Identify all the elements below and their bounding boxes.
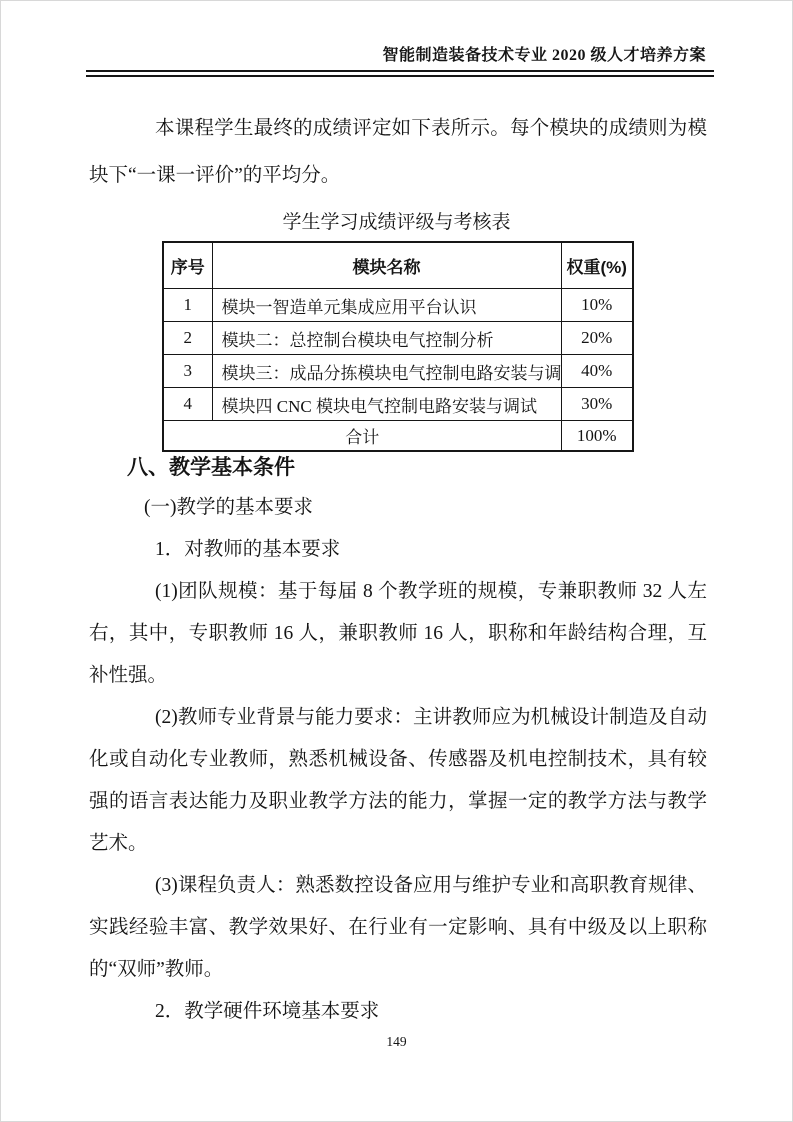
total-label: 合计 [163, 421, 561, 452]
numbered-item-2: 2．教学硬件环境基本要求 [89, 991, 707, 1033]
document-page: 智能制造装备技术专业 2020 级人才培养方案 本课程学生最终的成绩评定如下表所… [0, 0, 793, 1122]
cell-module: 模块四 CNC 模块电气控制电路安装与调试 [212, 388, 561, 421]
subsection-title: (一)教学的基本要求 [89, 487, 707, 529]
cell-seq: 2 [163, 322, 212, 355]
cell-seq: 4 [163, 388, 212, 421]
table-row: 2 模块二：总控制台模块电气控制分析 20% [163, 322, 633, 355]
cell-seq: 3 [163, 355, 212, 388]
cell-seq: 1 [163, 289, 212, 322]
running-head: 智能制造装备技术专业 2020 级人才培养方案 [382, 42, 706, 65]
cell-weight: 20% [561, 322, 633, 355]
col-header-module: 模块名称 [212, 242, 561, 289]
total-value: 100% [561, 421, 633, 452]
table-total-row: 合计 100% [163, 421, 633, 452]
table-caption: 学生学习成绩评级与考核表 [1, 207, 792, 234]
table-header-row: 序号 模块名称 权重(%) [163, 242, 633, 289]
cell-weight: 10% [561, 289, 633, 322]
cell-weight: 40% [561, 355, 633, 388]
cell-module: 模块一智造单元集成应用平台认识 [212, 289, 561, 322]
header-divider [86, 70, 714, 77]
cell-weight: 30% [561, 388, 633, 421]
table-row: 1 模块一智造单元集成应用平台认识 10% [163, 289, 633, 322]
section-body: (一)教学的基本要求 1．对教师的基本要求 (1)团队规模：基于每届 8 个教学… [89, 487, 707, 1033]
cell-module: 模块三：成品分拣模块电气控制电路安装与调试 [212, 355, 561, 388]
table-row: 4 模块四 CNC 模块电气控制电路安装与调试 30% [163, 388, 633, 421]
numbered-item-1: 1．对教师的基本要求 [89, 529, 707, 571]
intro-paragraph: 本课程学生最终的成绩评定如下表所示。每个模块的成绩则为模块下“一课一评价”的平均… [89, 105, 707, 199]
paragraph-team-size: (1)团队规模：基于每届 8 个教学班的规模，专兼职教师 32 人左右，其中，专… [89, 571, 707, 697]
col-header-weight: 权重(%) [561, 242, 633, 289]
section-heading: 八、教学基本条件 [127, 451, 295, 481]
paragraph-course-leader: (3)课程负责人：熟悉数控设备应用与维护专业和高职教育规律、实践经验丰富、教学效… [89, 865, 707, 991]
cell-module: 模块二：总控制台模块电气控制分析 [212, 322, 561, 355]
table-row: 3 模块三：成品分拣模块电气控制电路安装与调试 40% [163, 355, 633, 388]
score-table: 序号 模块名称 权重(%) 1 模块一智造单元集成应用平台认识 10% 2 模块… [162, 241, 634, 452]
paragraph-teacher-background: (2)教师专业背景与能力要求：主讲教师应为机械设计制造及自动化或自动化专业教师，… [89, 697, 707, 865]
page-number: 149 [1, 1034, 792, 1050]
col-header-seq: 序号 [163, 242, 212, 289]
